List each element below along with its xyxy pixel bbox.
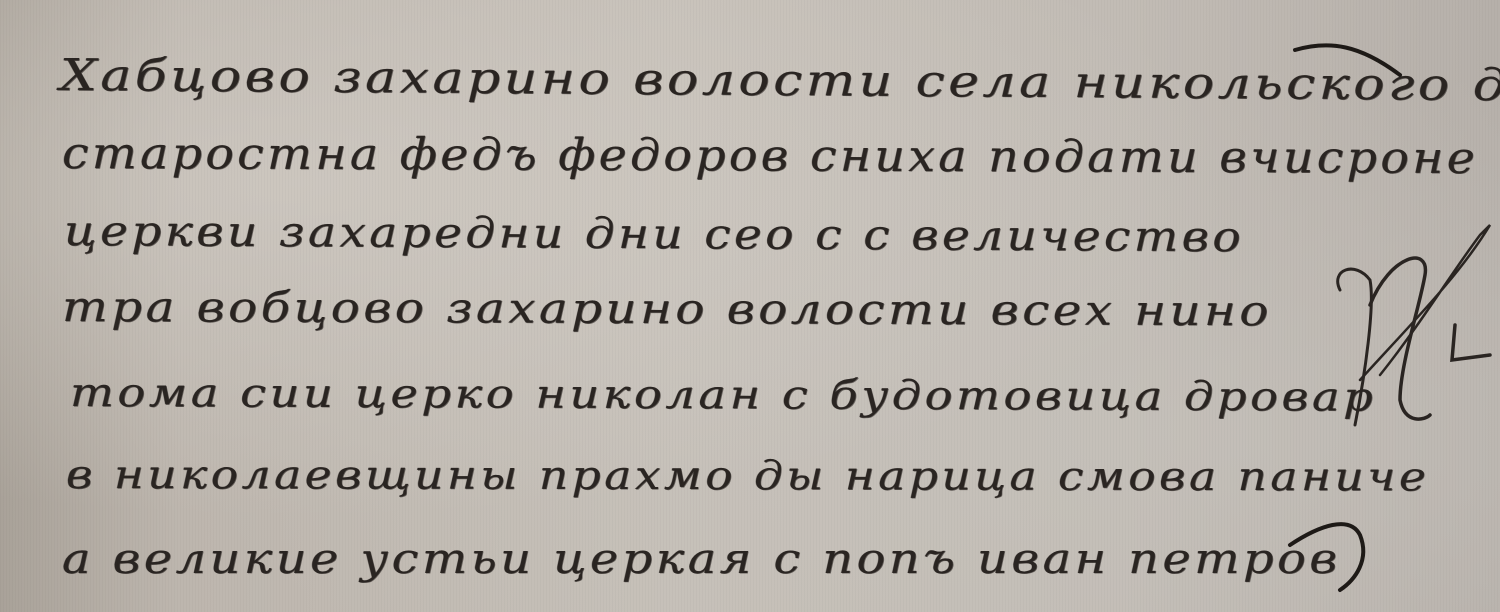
manuscript-line-6: в николаевщины прахмо ды нарица смова па… bbox=[66, 452, 1429, 500]
manuscript-line-7: а великие устьи церкая с попъ иван петро… bbox=[62, 534, 1341, 583]
manuscript-line-5: тома сии церко николан с будотовица дров… bbox=[70, 370, 1377, 421]
manuscript-line-1: Хабцово захарино волости села никольског… bbox=[60, 50, 1500, 112]
margin-signature-mark bbox=[1330, 215, 1500, 435]
manuscript-page: Хабцово захарино волости села никольског… bbox=[0, 0, 1500, 612]
manuscript-line-3: церкви захаредни дни сео с с величество bbox=[64, 206, 1244, 261]
manuscript-line-2: старостна федъ федоров сниха подати вчис… bbox=[62, 128, 1478, 184]
manuscript-line-4: тра вобцово захарино волости всех нино bbox=[62, 282, 1272, 335]
